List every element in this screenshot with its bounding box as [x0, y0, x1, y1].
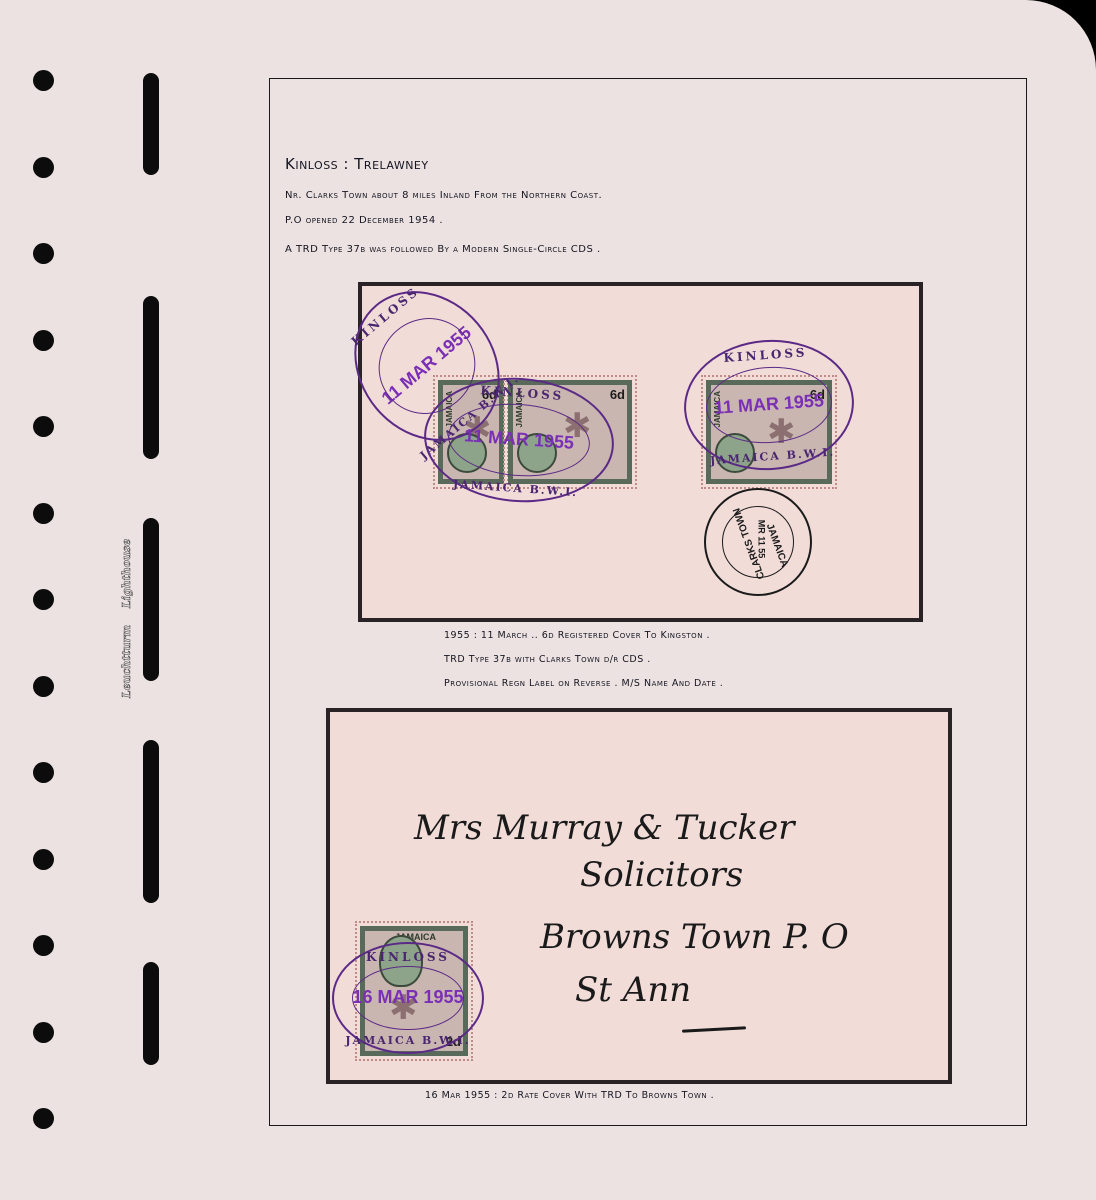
- registered-cover: JAMAICA 6d ✱ JAMAICA 6d ✱ JAMAICA 6d ✱ K…: [358, 282, 923, 622]
- binder-hole: [33, 1108, 54, 1129]
- binder-hole: [33, 70, 54, 91]
- address-line: St Ann: [575, 970, 691, 1010]
- address-line: Browns Town P. O: [540, 917, 849, 957]
- binder-hole: [33, 1022, 54, 1043]
- binder-hole: [33, 935, 54, 956]
- cover1-caption: Provisional Regn Label on Reverse . M/S …: [444, 678, 723, 689]
- binder-slot: [143, 740, 159, 903]
- binder-hole: [33, 416, 54, 437]
- cover1-caption: 1955 : 11 March .. 6d Registered Cover T…: [444, 630, 710, 641]
- note-line: Nr. Clarks Town about 8 miles Inland Fro…: [285, 190, 602, 201]
- cover2-caption: 16 Mar 1955 : 2d Rate Cover With TRD To …: [425, 1090, 714, 1101]
- binder-hole: [33, 589, 54, 610]
- binder-hole: [33, 676, 54, 697]
- binder-hole: [33, 330, 54, 351]
- kinloss-postmark: KINLOSS 11 MAR 1955 JAMAICA B.W.I.: [680, 334, 859, 476]
- album-brand: Leuchtturm Lighthouse: [110, 520, 140, 700]
- brand-lighthouse: Lighthouse: [120, 539, 133, 608]
- binder-hole: [33, 849, 54, 870]
- binder-slot: [143, 296, 159, 459]
- kinloss-postmark: KINLOSS 16 MAR 1955 JAMAICA B.W.I.: [332, 942, 484, 1054]
- album-page: Leuchtturm Lighthouse Kinloss : Trelawne…: [0, 0, 1096, 1200]
- binder-hole: [33, 503, 54, 524]
- cover1-caption: TRD Type 37b with Clarks Town d/r CDS .: [444, 654, 651, 665]
- browns-town-cover: JAMAICA ✱ 2d KINLOSS 16 MAR 1955 JAMAICA…: [326, 708, 952, 1084]
- page-title: Kinloss : Trelawney: [285, 155, 429, 173]
- address-line: Mrs Murray & Tucker: [414, 808, 795, 848]
- kinloss-postmark: KINLOSS 11 MAR 1955 JAMAICA B.W.I.: [420, 372, 618, 509]
- binder-slot: [143, 73, 159, 175]
- address-line: Solicitors: [580, 855, 743, 895]
- note-line: A TRD Type 37b was followed By a Modern …: [285, 244, 601, 255]
- note-line: P.O opened 22 December 1954 .: [285, 215, 443, 226]
- binder-hole: [33, 243, 54, 264]
- brand-leuchtturm: Leuchtturm: [120, 625, 133, 698]
- binder-slot: [143, 518, 159, 681]
- binder-slot: [143, 962, 159, 1065]
- binder-hole: [33, 157, 54, 178]
- binder-hole: [33, 762, 54, 783]
- clarks-town-cds: CLARKS TOWN JAMAICA MR 11 55: [704, 488, 812, 596]
